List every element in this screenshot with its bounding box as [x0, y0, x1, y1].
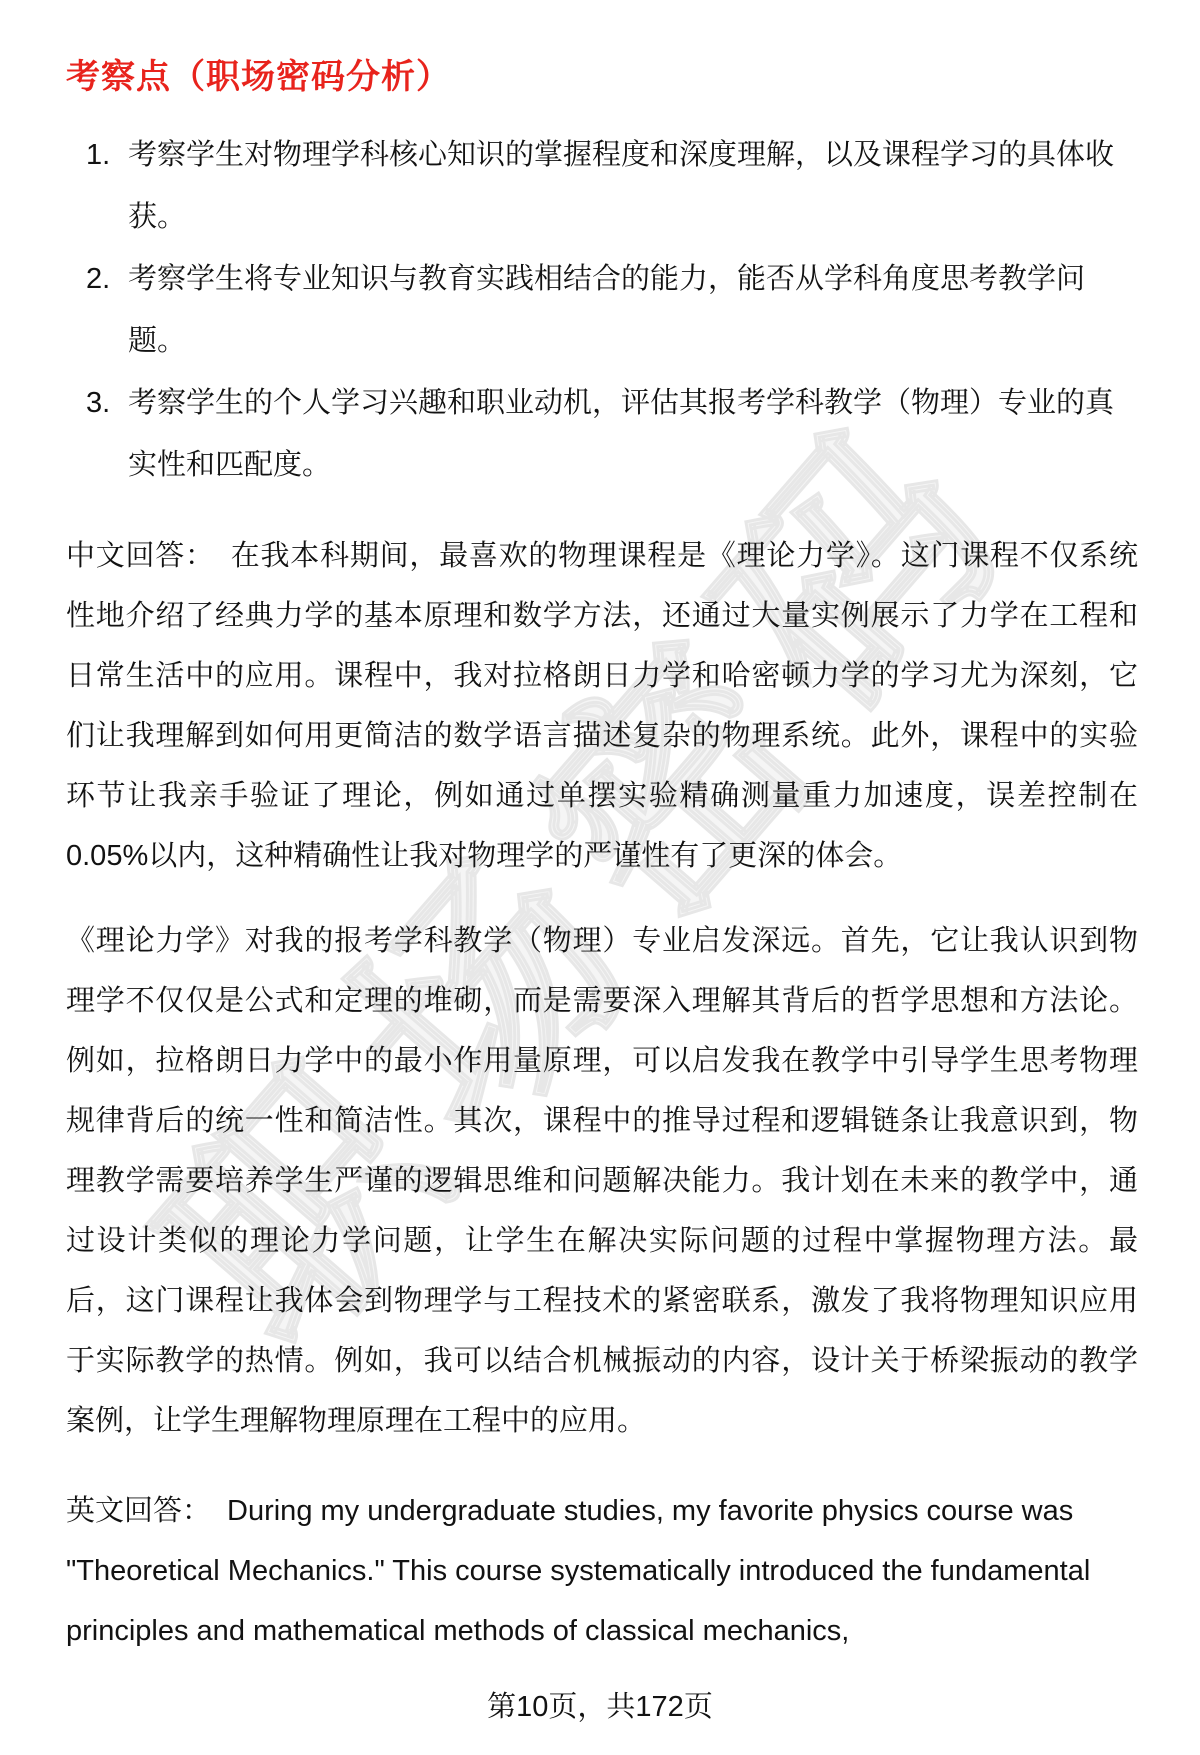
list-item-number: 3.: [86, 372, 110, 434]
list-item: 3. 考察学生的个人学习兴趣和职业动机，评估其报考学科教学（物理）专业的真实性和…: [66, 372, 1138, 496]
list-item: 1. 考察学生对物理学科核心知识的掌握程度和深度理解，以及课程学习的具体收获。: [66, 124, 1138, 248]
list-item-number: 1.: [86, 124, 110, 186]
list-item-text: 考察学生将专业知识与教育实践相结合的能力，能否从学科角度思考教学问题。: [128, 263, 1085, 357]
page-footer: 第10页，共172页: [0, 1689, 1200, 1725]
chinese-answer-text-1: 在我本科期间，最喜欢的物理课程是《理论力学》。这门课程不仅系统性地介绍了经典力学…: [66, 540, 1138, 872]
page-number-text: 第10页，共172页: [487, 1691, 713, 1723]
paragraph-english-answer: 英文回答：During my undergraduate studies, my…: [66, 1481, 1138, 1661]
exam-points-list: 1. 考察学生对物理学科核心知识的掌握程度和深度理解，以及课程学习的具体收获。 …: [66, 124, 1138, 496]
english-answer-label: 英文回答：: [66, 1495, 211, 1527]
chinese-answer-label: 中文回答：: [66, 540, 215, 572]
chinese-answer-text-2: 《理论力学》对我的报考学科教学（物理）专业启发深远。首先，它让我认识到物理学不仅…: [66, 925, 1138, 1437]
paragraph-chinese-answer-1: 中文回答：在我本科期间，最喜欢的物理课程是《理论力学》。这门课程不仅系统性地介绍…: [66, 526, 1138, 886]
document-page: 职场密码 考察点（职场密码分析） 1. 考察学生对物理学科核心知识的掌握程度和深…: [0, 0, 1200, 1755]
paragraph-chinese-answer-2: 《理论力学》对我的报考学科教学（物理）专业启发深远。首先，它让我认识到物理学不仅…: [66, 911, 1138, 1451]
page-content: 考察点（职场密码分析） 1. 考察学生对物理学科核心知识的掌握程度和深度理解，以…: [0, 0, 1200, 1661]
list-item-number: 2.: [86, 248, 110, 310]
list-item: 2. 考察学生将专业知识与教育实践相结合的能力，能否从学科角度思考教学问题。: [66, 248, 1138, 372]
section-heading: 考察点（职场密码分析）: [66, 54, 1138, 100]
english-answer-text: During my undergraduate studies, my favo…: [66, 1495, 1090, 1647]
list-item-text: 考察学生对物理学科核心知识的掌握程度和深度理解，以及课程学习的具体收获。: [128, 139, 1114, 233]
answers-section: 中文回答：在我本科期间，最喜欢的物理课程是《理论力学》。这门课程不仅系统性地介绍…: [66, 526, 1138, 1661]
list-item-text: 考察学生的个人学习兴趣和职业动机，评估其报考学科教学（物理）专业的真实性和匹配度…: [128, 387, 1114, 481]
